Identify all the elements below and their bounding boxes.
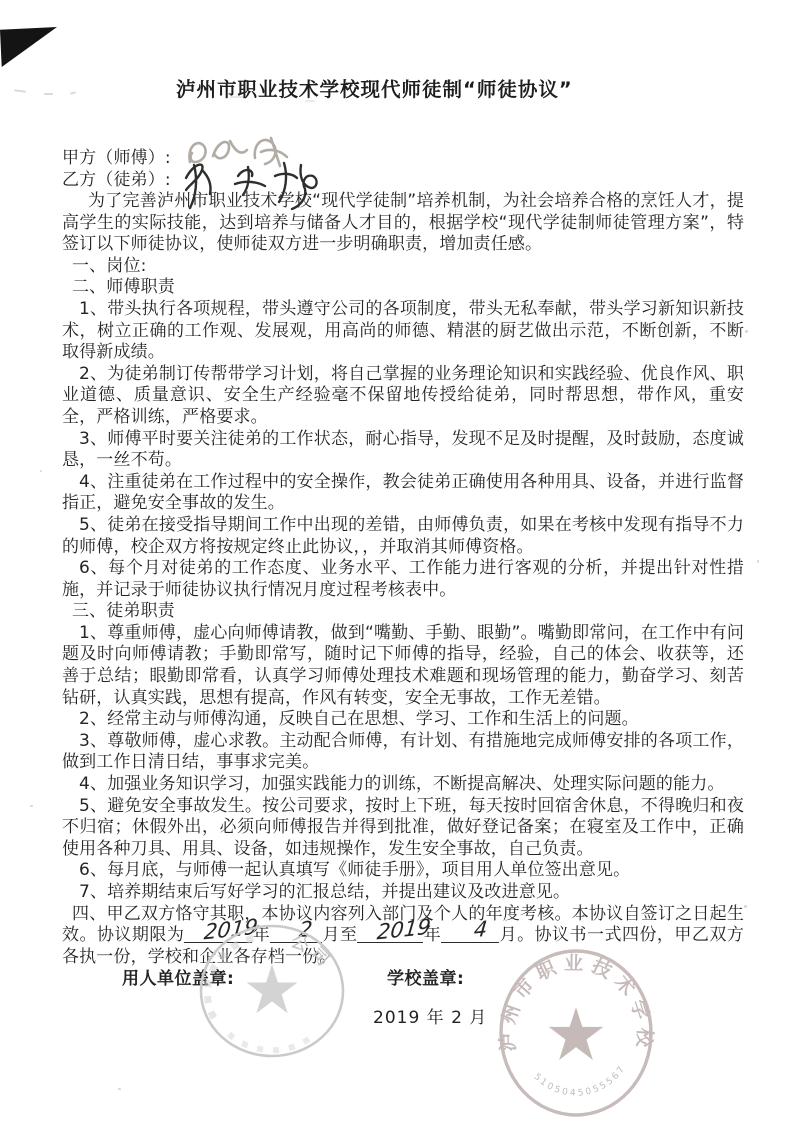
- company-stamp: 公司: [197, 922, 347, 1060]
- mentor-duty-item-3: 3、师傅平时要关注徒弟的工作状态，耐心指导，发现不足及时提醒，及时鼓励，态度诚恳…: [62, 429, 744, 472]
- mentor-duty-item-4: 4、注重徒弟在工作过程中的安全操作，教会徒弟正确使用各种用具、设备，并进行监督指…: [62, 472, 744, 515]
- svg-text:5105045055567: 5105045055567: [532, 1063, 629, 1098]
- party-a-label: 甲方（师傅）:: [62, 148, 171, 168]
- apprentice-duty-item-6: 6、每月底，与师傅一起认真填写《师徒手册》，项目用人单位签出意见。: [62, 860, 744, 882]
- document-body: 甲方（师傅）: 乙方（徒弟）: 为了完善泸州市职业技术学校“现代学徒制”培养机制…: [62, 147, 744, 968]
- apprentice-duty-item-1: 1、尊重师傅，虚心向师傅请教，做到“嘴勤、手勤、眼勤”。嘴勤即常问，在工作中有问…: [62, 623, 744, 709]
- handwritten-end-month: 4: [463, 923, 488, 938]
- scan-speck: [744, 905, 747, 908]
- pencil-mark: [14, 89, 26, 93]
- company-stamp-star-icon: [247, 964, 298, 1013]
- mentor-duty-item-6: 6、每个月对徒弟的工作态度、业务水平、工作能力进行客观的分析，并提出针对性措施，…: [62, 558, 744, 601]
- scanned-agreement-page: 泸州市职业技术学校现代师徒制“师徒协议” 甲方（师傅）: 乙方（徒弟）: 为了完…: [0, 0, 793, 1122]
- scan-speck: [745, 330, 748, 333]
- scan-speck: [30, 805, 33, 807]
- scan-speck: [40, 470, 42, 472]
- mentor-duty-item-5: 5、徒弟在接受指导期间工作中出现的差错，由师傅负责，如果在考核中发现有指导不力的…: [62, 515, 744, 558]
- party-b-label: 乙方（徒弟）:: [62, 170, 171, 190]
- section-2-heading: 二、师傅职责: [62, 277, 744, 299]
- scan-corner-artifact: [0, 27, 57, 67]
- apprentice-duty-item-3: 3、尊敬师傅，虚心求教。主动配合师傅，有计划、有措施地完成师傅安排的各项工作，做…: [62, 731, 744, 774]
- mentor-duty-item-2: 2、为徒弟制订传帮带学习计划，将自己掌握的业务理论知识和实践经验、优良作风、职业…: [62, 364, 744, 429]
- section-3-heading: 三、徒弟职责: [62, 601, 744, 623]
- party-b-line: 乙方（徒弟）:: [62, 169, 744, 191]
- school-stamp: 泸州市职业技术学校 5105045055567: [496, 946, 656, 1120]
- apprentice-duty-item-4: 4、加强业务知识学习，加强实践能力的训练，不断提高解决、处理实际问题的能力。: [62, 774, 744, 796]
- scan-speck: [757, 560, 759, 563]
- pencil-mark: [70, 91, 76, 94]
- school-stamp-serial: 5105045055567: [532, 1063, 629, 1098]
- party-a-line: 甲方（师傅）:: [62, 147, 744, 169]
- apprentice-duty-item-5: 5、避免安全事故发生。按公司要求，按时上下班，每天按时回宿舍休息，不得晚归和夜不…: [62, 796, 744, 861]
- scan-speck: [118, 1088, 121, 1090]
- document-title: 泸州市职业技术学校现代师徒制“师徒协议”: [176, 74, 573, 102]
- term-end-month-blank: 4: [441, 925, 499, 943]
- mentor-duty-item-1: 1、带头执行各项规程，带头遵守公司的各项制度，带头无私奉献，带头学习新知识新技术…: [62, 299, 744, 364]
- school-seal-label: 学校盖章:: [387, 964, 464, 989]
- agreement-date: 2019 年 2 月: [373, 1003, 487, 1028]
- party-b-signature: [180, 154, 340, 216]
- term-end-year-blank: 2019: [357, 925, 423, 943]
- pencil-mark: [44, 93, 53, 95]
- section-1-heading: 一、岗位:: [62, 256, 744, 278]
- apprentice-duty-item-2: 2、经常主动与师傅沟通，反映自己在思想、学习、工作和生活上的问题。: [62, 709, 744, 731]
- apprentice-duty-item-7: 7、培养期结束后写好学习的汇报总结，并提出建议及改进意见。: [62, 882, 744, 904]
- school-stamp-star-icon: [549, 1007, 604, 1060]
- preamble-paragraph: 为了完善泸州市职业技术学校“现代学徒制”培养机制，为社会培养合格的烹饪人才，提高…: [62, 191, 744, 256]
